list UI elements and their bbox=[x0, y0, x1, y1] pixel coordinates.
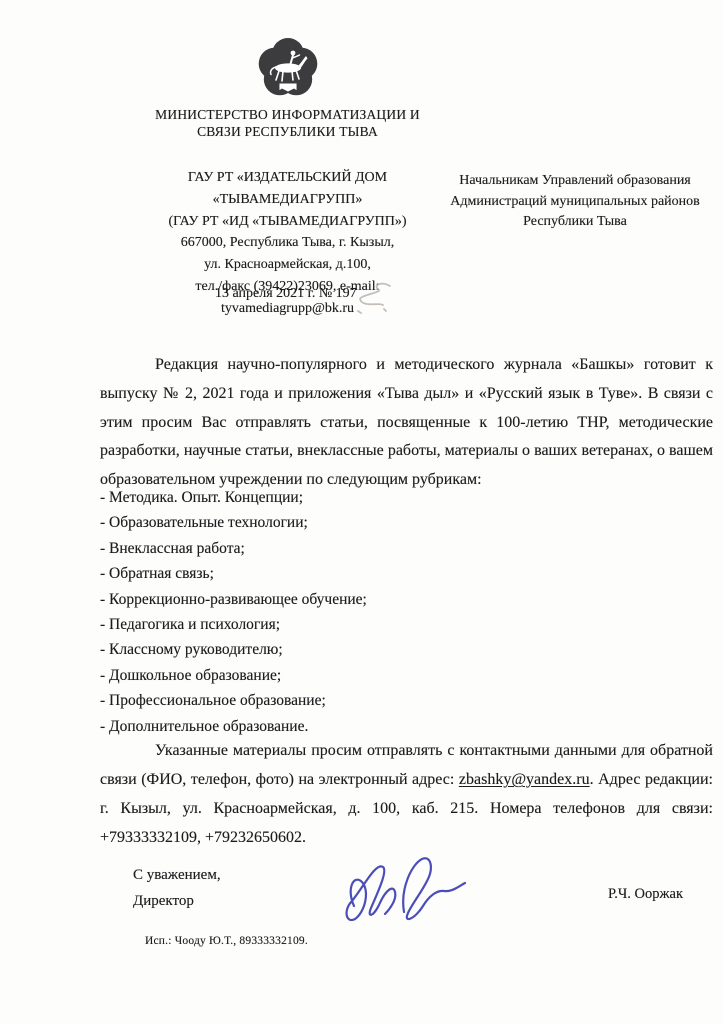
rubric-list: - Методика. Опыт. Концепции; - Образоват… bbox=[100, 485, 367, 739]
rubric-item: - Обратная связь; bbox=[100, 561, 367, 586]
executor-note: Исп.: Чооду Ю.Т., 89333332109. bbox=[145, 935, 308, 947]
signatory-name: Р.Ч. Ооржак bbox=[608, 886, 683, 903]
org-address-line: 667000, Республика Тыва, г. Кызыл, bbox=[120, 232, 455, 254]
ministry-name-line2: СВЯЗИ РЕСПУБЛИКИ ТЫВА bbox=[197, 124, 378, 139]
addressee-block: Начальникам Управлений образования Админ… bbox=[430, 171, 720, 233]
addressee-line: Начальникам Управлений образования bbox=[430, 171, 720, 192]
rubric-item: - Образовательные технологии; bbox=[100, 510, 367, 535]
ministry-name-line1: МИНИСТЕРСТВО ИНФОРМАТИЗАЦИИ И bbox=[155, 107, 420, 122]
pencil-mark-icon bbox=[350, 278, 400, 325]
rubric-item: - Педагогика и психология; bbox=[100, 612, 367, 637]
rubric-item: - Методика. Опыт. Концепции; bbox=[100, 485, 367, 510]
signatory-role: Директор bbox=[133, 888, 221, 914]
ministry-name: МИНИСТЕРСТВО ИНФОРМАТИЗАЦИИ И СВЯЗИ РЕСП… bbox=[120, 106, 455, 140]
tuva-emblem-icon bbox=[120, 38, 455, 100]
rubric-item: - Классному руководителю; bbox=[100, 637, 367, 662]
signature-closing-block: С уважением, Директор bbox=[133, 862, 221, 914]
org-name-line: «ТЫВАМЕДИАГРУПП» bbox=[120, 189, 455, 211]
letterhead: МИНИСТЕРСТВО ИНФОРМАТИЗАЦИИ И СВЯЗИ РЕСП… bbox=[120, 38, 455, 320]
email-link[interactable]: zbashky@yandex.ru bbox=[459, 771, 590, 788]
rubric-item: - Профессиональное образование; bbox=[100, 688, 367, 713]
rubric-item: - Коррекционно-развивающее обучение; bbox=[100, 587, 367, 612]
scanned-letter-page: МИНИСТЕРСТВО ИНФОРМАТИЗАЦИИ И СВЯЗИ РЕСП… bbox=[0, 0, 723, 1024]
org-name-line: ГАУ РТ «ИЗДАТЕЛЬСКИЙ ДОМ bbox=[120, 167, 455, 189]
org-short-name-line: (ГАУ РТ «ИД «ТЫВАМЕДИАГРУПП») bbox=[120, 211, 455, 233]
rubric-item: - Дошкольное образование; bbox=[100, 663, 367, 688]
org-address-line: ул. Красноармейская, д.100, bbox=[120, 254, 455, 276]
body-paragraph-1: Редакция научно-популярного и методическ… bbox=[100, 351, 713, 495]
addressee-line: Администраций муниципальных районов bbox=[430, 192, 720, 213]
addressee-line: Республики Тыва bbox=[430, 212, 720, 233]
date-and-number: 13 апреля 2021 г. № 197 bbox=[215, 286, 357, 302]
director-signature-icon bbox=[338, 846, 473, 951]
rubric-item: - Внеклассная работа; bbox=[100, 536, 367, 561]
body-paragraph-2: Указанные материалы просим отправлять с … bbox=[100, 736, 713, 852]
closing-phrase: С уважением, bbox=[133, 862, 221, 888]
